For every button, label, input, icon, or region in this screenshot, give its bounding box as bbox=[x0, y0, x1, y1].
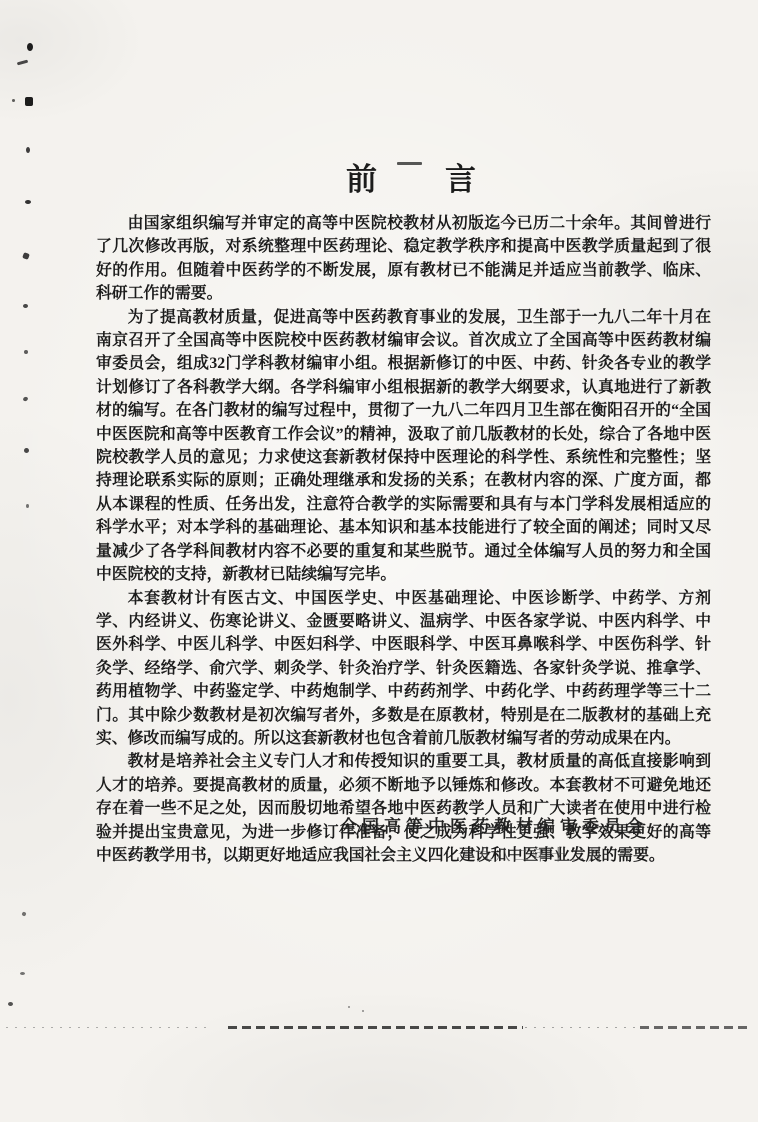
scan-speck bbox=[27, 43, 33, 51]
scan-streak-right bbox=[640, 1026, 752, 1029]
scan-speck bbox=[23, 304, 28, 308]
scan-speck bbox=[24, 350, 28, 354]
scan-speck bbox=[26, 147, 30, 153]
preface-body: 由国家组织编写并审定的高等中医院校教材从初版迄今已历二十余年。其间曾进行了几次修… bbox=[96, 212, 711, 867]
scan-speck bbox=[22, 396, 28, 402]
scanned-page: { "document": { "title": "前 言", "paragra… bbox=[0, 0, 758, 1122]
scan-dash-artifact bbox=[397, 162, 422, 165]
scan-streak-faint-mid bbox=[525, 1027, 635, 1028]
paragraph-1: 由国家组织编写并审定的高等中医院校教材从初版迄今已历二十余年。其间曾进行了几次修… bbox=[96, 212, 711, 306]
scan-streak-faint-left bbox=[6, 1027, 206, 1028]
scan-speck bbox=[25, 200, 31, 204]
scan-speck bbox=[8, 1002, 13, 1006]
scan-speck bbox=[12, 99, 15, 102]
scan-speck bbox=[22, 252, 30, 260]
signature-date: 一九八二年十二月 bbox=[458, 843, 606, 865]
paragraph-3: 本套教材计有医古文、中国医学史、中医基础理论、中医诊断学、中药学、方剂学、内经讲… bbox=[96, 587, 711, 751]
scan-speck bbox=[20, 972, 25, 975]
scan-speck bbox=[362, 1010, 364, 1012]
scan-speck bbox=[17, 60, 28, 66]
scan-speck bbox=[25, 97, 33, 106]
scan-streak-mid bbox=[228, 1026, 523, 1029]
scan-speck bbox=[459, 189, 462, 192]
page-title: 前 言 bbox=[346, 154, 478, 199]
scan-speck bbox=[348, 1006, 350, 1008]
paragraph-4: 教材是培养社会主义专门人才和传授知识的重要工具，教材质量的高低直接影响到人才的培… bbox=[96, 750, 711, 867]
scan-speck bbox=[21, 911, 26, 916]
scan-speck bbox=[26, 504, 29, 508]
paragraph-2: 为了提高教材质量，促进高等中医药教育事业的发展，卫生部于一九八二年十月在南京召开… bbox=[96, 306, 711, 587]
committee-signature: 全国高等中医药教材编审委员会 bbox=[340, 812, 648, 837]
scan-speck bbox=[24, 448, 29, 453]
